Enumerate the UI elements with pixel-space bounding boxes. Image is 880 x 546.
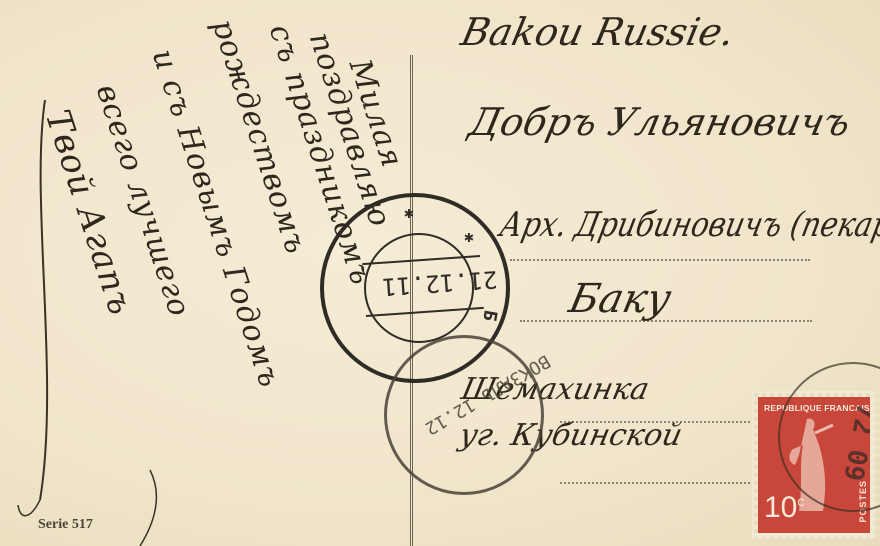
stamp-value: 10c <box>764 491 804 525</box>
postmark-secondary-text: ВОКЗАЛЪ 12.12 <box>421 350 554 439</box>
postmark-star-icon-2: ✱ <box>464 227 474 246</box>
postcard-back: Bakou Russie. Добръ Ульяновичъ Арх. Дриб… <box>0 0 880 546</box>
postmark-secondary: ВОКЗАЛЪ 12.12 <box>384 335 544 495</box>
postmark-letter: Б <box>478 308 501 322</box>
publisher-series-mark: Serie 517 <box>38 517 93 533</box>
postmark-star-icon: ✱ <box>404 203 414 222</box>
